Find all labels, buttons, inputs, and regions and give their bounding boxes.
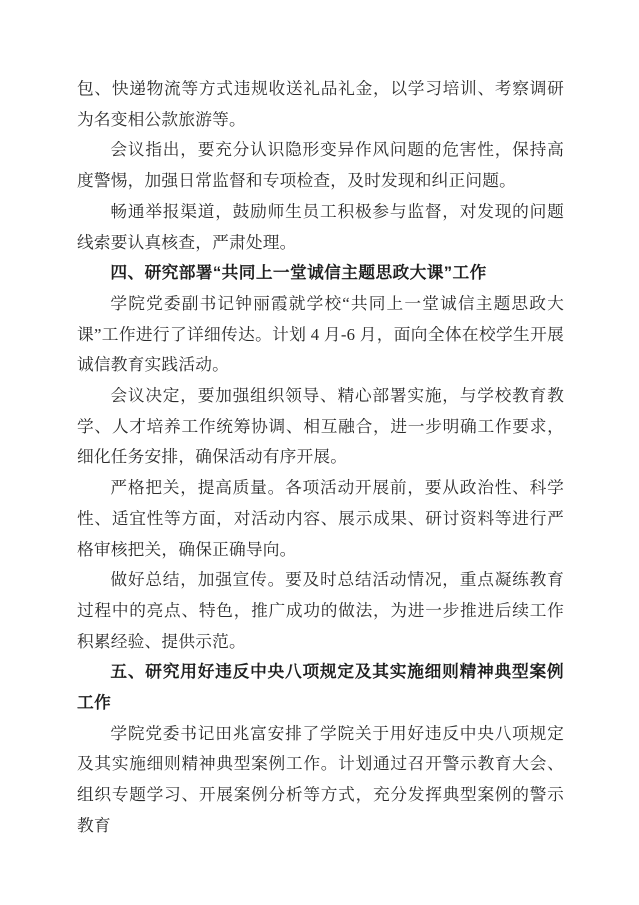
paragraph: 学院党委副书记钟丽霞就学校“共同上一堂诚信主题思政大课”工作进行了详细传达。计划… (77, 289, 564, 381)
document-text-block: 包、快递物流等方式违规收送礼品礼金，以学习培训、考察调研为名变相公款旅游等。会议… (77, 74, 564, 842)
section-heading: 五、研究用好违反中央八项规定及其实施细则精神典型案例工作 (77, 657, 564, 718)
paragraph: 会议决定，要加强组织领导、精心部署实施，与学校教育教学、人才培养工作统筹协调、相… (77, 381, 564, 473)
paragraph: 做好总结，加强宣传。要及时总结活动情况，重点凝练教育过程中的亮点、特色，推广成功… (77, 565, 564, 657)
paragraph: 会议指出，要充分认识隐形变异作风问题的危害性，保持高度警惕，加强日常监督和专项检… (77, 135, 564, 196)
paragraph: 包、快递物流等方式违规收送礼品礼金，以学习培训、考察调研为名变相公款旅游等。 (77, 74, 564, 135)
section-heading: 四、研究部署“共同上一堂诚信主题思政大课”工作 (77, 258, 564, 289)
document-page: 包、快递物流等方式违规收送礼品礼金，以学习培训、考察调研为名变相公款旅游等。会议… (0, 0, 639, 905)
paragraph: 畅通举报渠道，鼓励师生员工积极参与监督，对发现的问题线索要认真核查，严肃处理。 (77, 197, 564, 258)
paragraph: 严格把关，提高质量。各项活动开展前，要从政治性、科学性、适宜性等方面，对活动内容… (77, 473, 564, 565)
paragraph: 学院党委书记田兆富安排了学院关于用好违反中央八项规定及其实施细则精神典型案例工作… (77, 719, 564, 842)
